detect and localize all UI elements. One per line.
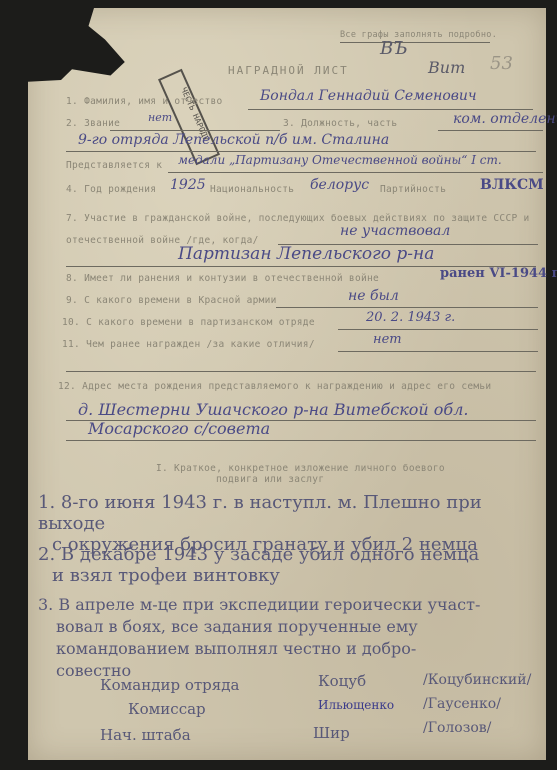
signature-role-1: Командир отряда [100,676,239,694]
field-3-cont-line [66,151,536,152]
nomination-line [168,172,543,173]
field-4-value: 1925 [170,177,206,193]
merit-3: 3. В апреле м-це при экспедиции героичес… [38,594,480,682]
document-title: НАГРАДНОЙ ЛИСТ [228,64,349,77]
field-10-label: 10. С какого времени в партизанском отря… [62,317,315,328]
signature-role-2: Комиссар [128,700,206,718]
field-11-label: 11. Чем ранее награжден /за какие отличи… [62,339,315,350]
pencil-mark-2: Вит [428,58,465,77]
field-8-value: ранен VI-1944 г. [440,266,557,281]
field-6-value: ВЛКСМ [480,177,544,193]
pencil-mark-1: ВЪ [380,38,408,59]
field-7-value-cont: Партизан Лепельского р-на [178,244,434,264]
section-heading-2: подвига или заслуг [216,474,324,485]
field-9-value: не был [348,288,399,304]
field-11-line [338,351,538,352]
field-12-value-cont: Мосарского с/совета [88,419,270,438]
signature-1: Коцуб [318,672,366,690]
field-12-value: д. Шестерни Ушачского р-на Витебской обл… [78,400,468,419]
field-3-label: 3. Должность, часть [283,118,397,129]
signature-name-3: /Голозов/ [423,720,491,736]
field-8-label: 8. Имеет ли ранения и контузии в отечест… [66,273,379,284]
section-heading-1: I. Краткое, конкретное изложение личного… [156,463,445,474]
field-6-label: Партийность [380,184,446,195]
field-5-label: Национальность [210,184,294,195]
field-9-label: 9. С какого времени в Красной армии [66,295,277,306]
signature-2: Ильющенко [318,698,394,712]
torn-corner [28,8,138,98]
field-3-value-cont: 9-го отряда Лепельской п/б им. Сталина [78,132,389,148]
nomination-label: Представляется к [66,160,162,171]
field-7-value: не участвовал [340,223,450,239]
field-2-value: нет [148,111,172,124]
field-3-value: ком. отделения [453,111,557,127]
award-sheet-paper: Все графы заполнять подробно. ВЪ Вит 53 … [28,8,546,760]
field-10-line [338,329,538,330]
signature-name-1: /Коцубинский/ [423,672,531,688]
nomination-value: медали „Партизану Отечественной войны“ I… [178,153,502,167]
field-12-cont-line [66,440,536,441]
field-1-value: Бондал Геннадий Семенович [260,88,477,104]
field-12-label: 12. Адрес места рождения представляемого… [58,381,491,392]
pencil-mark-3: 53 [490,53,513,74]
field-9-line [276,307,538,308]
field-11-value: нет [373,332,402,347]
field-2-label: 2. Звание [66,118,120,129]
separator-line [66,371,536,372]
field-5-value: белорус [310,177,369,193]
field-1-label: 1. Фамилия, имя и отчество [66,96,223,107]
corner-note-underline [340,42,490,43]
corner-note: Все графы заполнять подробно. [340,30,497,40]
field-3-line [438,130,543,131]
merit-2: 2. В декабре 1943 у засаде убил одного н… [38,544,479,586]
signature-role-3: Нач. штаба [100,726,191,744]
signature-name-2: /Гаусенко/ [423,696,501,712]
signature-3: Шир [313,724,350,742]
field-10-value: 20. 2. 1943 г. [366,310,455,325]
field-4-label: 4. Год рождения [66,184,156,195]
field-2-line [110,130,280,131]
field-1-line [248,109,533,110]
